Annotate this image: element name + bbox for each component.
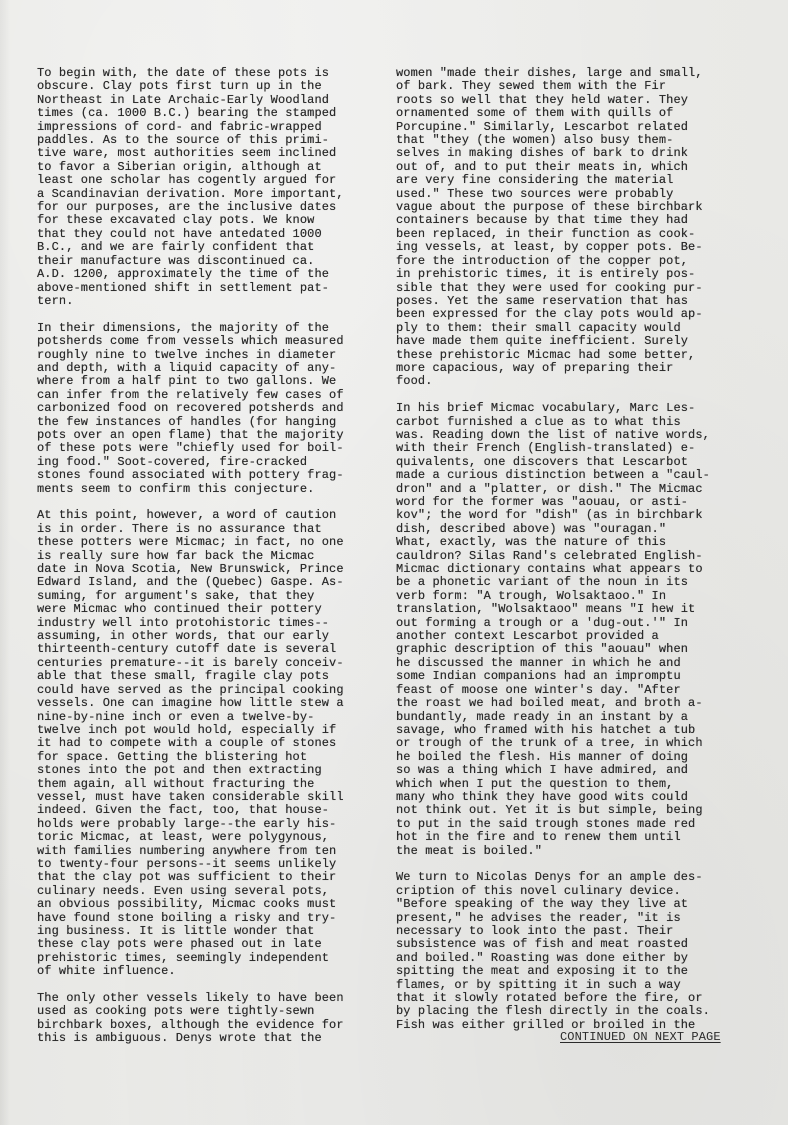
text-line: Micmac dictionary contains what appears … — [396, 563, 766, 576]
text-line: spitting the meat and exposing it to the — [396, 965, 766, 978]
text-line: for these excavated clay pots. We know — [37, 214, 387, 227]
text-line: by placing the flesh directly in the coa… — [396, 1005, 766, 1018]
text-line: out of, and to put their meats in, which — [396, 161, 766, 174]
paragraph: At this point, however, a word of cautio… — [37, 509, 387, 978]
text-line: subsistence was of fish and meat roasted — [396, 938, 766, 951]
text-line: paddles. As to the source of this primi- — [37, 134, 387, 147]
text-line: word for the former was "aouau, or asti- — [396, 496, 766, 509]
text-line: cauldron? Silas Rand's celebrated Englis… — [396, 550, 766, 563]
text-line: flames, or by spitting it in such a way — [396, 979, 766, 992]
text-line: or trough of the trunk of a tree, in whi… — [396, 737, 766, 750]
text-line: more capacious, way of preparing their — [396, 362, 766, 375]
text-line: In their dimensions, the majority of the — [37, 322, 387, 335]
text-line: was. Reading down the list of native wor… — [396, 429, 766, 442]
text-line: ply to them: their small capacity would — [396, 322, 766, 335]
text-line: ing vessels, at least, by copper pots. B… — [396, 241, 766, 254]
text-line: roots so well that they held water. They — [396, 94, 766, 107]
paragraph: To begin with, the date of these pots is… — [37, 67, 387, 308]
text-line: quivalents, one discovers that Lescarbot — [396, 456, 766, 469]
text-line: the roast we had boiled meat, and broth … — [396, 697, 766, 710]
text-line: culinary needs. Even using several pots, — [37, 885, 387, 898]
text-line: vessel, must have taken considerable ski… — [37, 791, 387, 804]
text-line: toric Micmac, at least, were polygynous, — [37, 831, 387, 844]
text-line: least one scholar has cogently argued fo… — [37, 174, 387, 187]
text-line: What, exactly, was the nature of this — [396, 536, 766, 549]
text-line: verb form: "A trough, Wolsaktaoo." In — [396, 590, 766, 603]
paragraph: women "made their dishes, large and smal… — [396, 67, 766, 389]
text-line: present," he advises the reader, "it is — [396, 912, 766, 925]
text-line: obscure. Clay pots first turn up in the — [37, 80, 387, 93]
text-line: could have served as the principal cooki… — [37, 684, 387, 697]
text-line: indeed. Given the fact, too, that house- — [37, 804, 387, 817]
text-line: these prehistoric Micmac had some better… — [396, 349, 766, 362]
text-line: We turn to Nicolas Denys for an ample de… — [396, 871, 766, 884]
text-line: containers because by that time they had — [396, 214, 766, 227]
text-line: of white influence. — [37, 965, 387, 978]
text-line: for space. Getting the blistering hot — [37, 751, 387, 764]
left-column: To begin with, the date of these pots is… — [37, 67, 387, 1059]
text-line: poses. Yet the same reservation that has — [396, 295, 766, 308]
text-line: of these pots were "chiefly used for boi… — [37, 442, 387, 455]
text-line: where from a half pint to two gallons. W… — [37, 375, 387, 388]
text-line: these potters were Micmac; in fact, no o… — [37, 536, 387, 549]
text-line: kov"; the word for "dish" (as in birchba… — [396, 509, 766, 522]
text-line: he discussed the manner in which he and — [396, 657, 766, 670]
text-line: a Scandinavian derivation. More importan… — [37, 188, 387, 201]
text-line: vessels. One can imagine how little stew… — [37, 697, 387, 710]
text-line: so was a thing which I have admired, and — [396, 764, 766, 777]
text-line: ing business. It is little wonder that — [37, 925, 387, 938]
text-line: not think out. Yet it is but simple, bei… — [396, 804, 766, 817]
text-line: In his brief Micmac vocabulary, Marc Les… — [396, 402, 766, 415]
text-line: is in order. There is no assurance that — [37, 523, 387, 536]
continued-on-next-page-link[interactable]: CONTINUED ON NEXT PAGE — [560, 1031, 721, 1044]
text-line: that "they (the women) also busy them- — [396, 134, 766, 147]
text-line: were Micmac who continued their pottery — [37, 603, 387, 616]
paragraph: In his brief Micmac vocabulary, Marc Les… — [396, 402, 766, 858]
text-line: be a phonetic variant of the noun in its — [396, 576, 766, 589]
text-line: The only other vessels likely to have be… — [37, 992, 387, 1005]
text-line: Porcupine." Similarly, Lescarbot related — [396, 121, 766, 134]
text-line: Northeast in Late Archaic-Early Woodland — [37, 94, 387, 107]
text-line: necessary to look into the past. Their — [396, 925, 766, 938]
text-line: At this point, however, a word of cautio… — [37, 509, 387, 522]
text-line: potsherds come from vessels which measur… — [37, 335, 387, 348]
text-line: with their French (English-translated) e… — [396, 442, 766, 455]
text-line: out forming a trough or a 'dug-out.'" In — [396, 617, 766, 630]
text-line: the few instances of handles (for hangin… — [37, 416, 387, 429]
text-line: times (ca. 1000 B.C.) bearing the stampe… — [37, 107, 387, 120]
text-line: savage, who framed with his hatchet a tu… — [396, 724, 766, 737]
text-line: have made them quite inefficient. Surely — [396, 335, 766, 348]
text-line: of bark. They sewed them with the Fir — [396, 80, 766, 93]
text-line: it had to compete with a couple of stone… — [37, 737, 387, 750]
text-line: that they could not have antedated 1000 — [37, 228, 387, 241]
text-line: Edward Island, and the (Quebec) Gaspe. A… — [37, 576, 387, 589]
text-line: that the clay pot was sufficient to thei… — [37, 871, 387, 884]
text-line: been expressed for the clay pots would a… — [396, 308, 766, 321]
text-line: impressions of cord- and fabric-wrapped — [37, 121, 387, 134]
text-line: tive ware, most authorities seem incline… — [37, 147, 387, 160]
text-line: with families numbering anywhere from te… — [37, 845, 387, 858]
text-line: to put in the said trough stones made re… — [396, 818, 766, 831]
text-line: can infer from the relatively few cases … — [37, 389, 387, 402]
text-line: to twenty-four persons--it seems unlikel… — [37, 858, 387, 871]
text-line: are very fine considering the material — [396, 174, 766, 187]
text-line: able that these small, fragile clay pots — [37, 670, 387, 683]
text-line: nine-by-nine inch or even a twelve-by- — [37, 711, 387, 724]
text-line: translation, "Wolsaktaoo" means "I hew i… — [396, 603, 766, 616]
text-line: holds were probably large--the early his… — [37, 818, 387, 831]
text-line: centuries premature--it is barely concei… — [37, 657, 387, 670]
text-line: them again, all without fracturing the — [37, 778, 387, 791]
text-line: these clay pots were phased out in late — [37, 938, 387, 951]
text-line: for our purposes, are the inclusive date… — [37, 201, 387, 214]
text-line: made a curious distinction between a "ca… — [396, 469, 766, 482]
text-line: some Indian companions had an impromptu — [396, 670, 766, 683]
text-line: bundantly, made ready in an instant by a — [396, 711, 766, 724]
text-line: used as cooking pots were tightly-sewn — [37, 1005, 387, 1018]
text-line: To begin with, the date of these pots is — [37, 67, 387, 80]
text-line: A.D. 1200, approximately the time of the — [37, 268, 387, 281]
text-line: above-mentioned shift in settlement pat- — [37, 282, 387, 295]
document-page: To begin with, the date of these pots is… — [0, 0, 788, 1125]
text-line: pots over an open flame) that the majori… — [37, 429, 387, 442]
text-line: vague about the purpose of these birchba… — [396, 201, 766, 214]
text-line: prehistoric times, seemingly independent — [37, 952, 387, 965]
text-line: roughly nine to twelve inches in diamete… — [37, 349, 387, 362]
text-line: industry well into protohistoric times-- — [37, 617, 387, 630]
text-line: fore the introduction of the copper pot, — [396, 255, 766, 268]
text-line: used." These two sources were probably — [396, 188, 766, 201]
text-line: B.C., and we are fairly confident that — [37, 241, 387, 254]
text-line: "Before speaking of the way they live at — [396, 898, 766, 911]
text-line: he boiled the flesh. His manner of doing — [396, 751, 766, 764]
text-line: food. — [396, 375, 766, 388]
text-line: assuming, in other words, that our early — [37, 630, 387, 643]
right-column: women "made their dishes, large and smal… — [396, 67, 766, 1046]
text-line: hot in the fire and to renew them until — [396, 831, 766, 844]
text-line: carbonized food on recovered potsherds a… — [37, 402, 387, 415]
text-line: sible that they were used for cooking pu… — [396, 282, 766, 295]
text-line: an obvious possibility, Micmac cooks mus… — [37, 898, 387, 911]
text-line: cription of this novel culinary device. — [396, 885, 766, 898]
text-line: carbot furnished a clue as to what this — [396, 416, 766, 429]
text-line: another context Lescarbot provided a — [396, 630, 766, 643]
text-line: selves in making dishes of bark to drink — [396, 147, 766, 160]
text-line: tern. — [37, 295, 387, 308]
text-line: that it slowly rotated before the fire, … — [396, 992, 766, 1005]
text-line: and boiled." Roasting was done either by — [396, 952, 766, 965]
text-line: stones found associated with pottery fra… — [37, 469, 387, 482]
text-line: and depth, with a liquid capacity of any… — [37, 362, 387, 375]
text-line: been replaced, in their function as cook… — [396, 228, 766, 241]
text-line: feast of moose one winter's day. "After — [396, 684, 766, 697]
text-line: which when I put the question to them, — [396, 778, 766, 791]
text-line: to favor a Siberian origin, although at — [37, 161, 387, 174]
paragraph: We turn to Nicolas Denys for an ample de… — [396, 871, 766, 1032]
text-line: graphic description of this "aouau" when — [396, 643, 766, 656]
text-line: ments seem to confirm this conjecture. — [37, 483, 387, 496]
text-line: in prehistoric times, it is entirely pos… — [396, 268, 766, 281]
paragraph: In their dimensions, the majority of the… — [37, 322, 387, 496]
text-line: stones into the pot and then extracting — [37, 764, 387, 777]
text-line: ing food." Soot-covered, fire-cracked — [37, 456, 387, 469]
text-line: women "made their dishes, large and smal… — [396, 67, 766, 80]
text-line: many who think they have good wits could — [396, 791, 766, 804]
text-line: thirteenth-century cutoff date is severa… — [37, 643, 387, 656]
text-line: this is ambiguous. Denys wrote that the — [37, 1032, 387, 1045]
text-line: dish, described above) was "ouragan." — [396, 523, 766, 536]
text-line: the meat is boiled." — [396, 845, 766, 858]
text-line: have found stone boiling a risky and try… — [37, 912, 387, 925]
text-line: ornamented some of them with quills of — [396, 107, 766, 120]
text-line: date in Nova Scotia, New Brunswick, Prin… — [37, 563, 387, 576]
text-line: is really sure how far back the Micmac — [37, 550, 387, 563]
paragraph: The only other vessels likely to have be… — [37, 992, 387, 1046]
text-line: their manufacture was discontinued ca. — [37, 255, 387, 268]
text-line: dron" and a "platter, or dish." The Micm… — [396, 483, 766, 496]
text-line: birchbark boxes, although the evidence f… — [37, 1019, 387, 1032]
text-line: suming, for argument's sake, that they — [37, 590, 387, 603]
text-line: twelve inch pot would hold, especially i… — [37, 724, 387, 737]
